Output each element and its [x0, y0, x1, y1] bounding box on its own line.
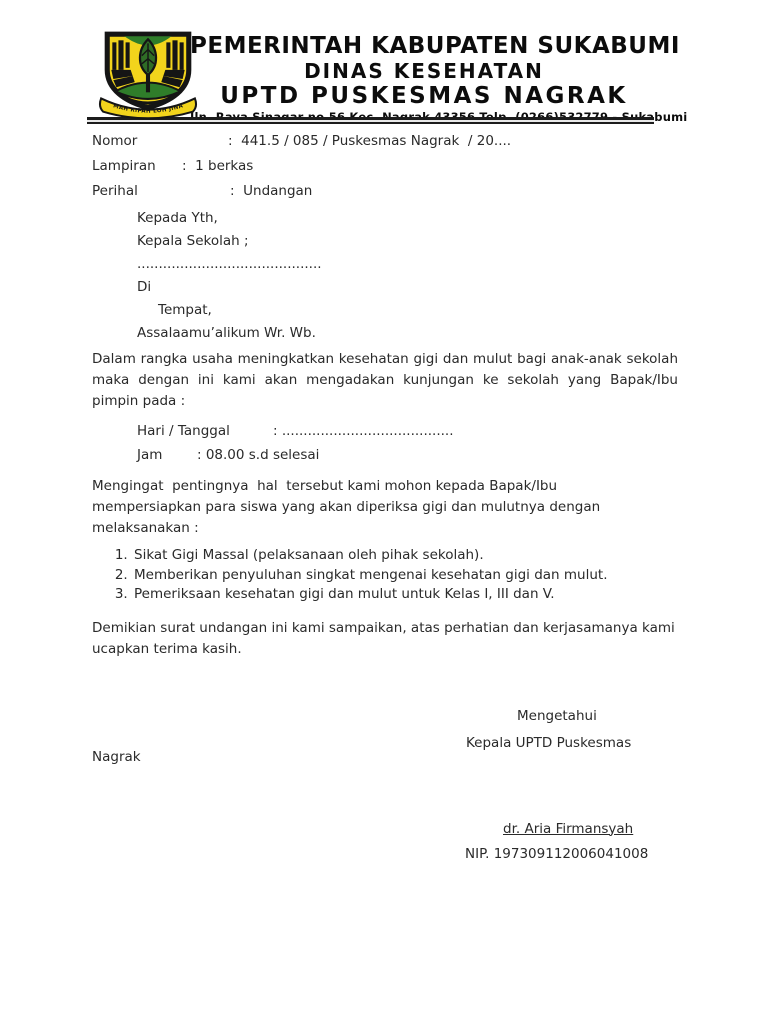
jam-label: Jam: [137, 443, 197, 467]
nomor-label: Nomor: [92, 129, 228, 154]
sukabumi-crest-logo: GEMAH RIPAH LOH JINAWI: [95, 29, 201, 123]
signer-title: Kepala UPTD Puskesmas: [466, 735, 631, 752]
perihal-value: : Undangan: [230, 183, 312, 199]
list-item: Pemeriksaan kesehatan gigi dan mulut unt…: [132, 585, 678, 605]
mengetahui-label: Mengetahui: [517, 708, 597, 725]
paragraph-request: Mengingat pentingnya hal tersebut kami m…: [92, 476, 654, 539]
recipient-block: Kepada Yth, Kepala Sekolah ; ...........…: [137, 207, 678, 345]
schedule-row-jam: Jam: 08.00 s.d selesai: [137, 443, 678, 467]
schedule-block: Hari / Tanggal: ........................…: [137, 419, 678, 467]
signer-nip: NIP. 197309112006041008: [465, 846, 648, 863]
tempat: Tempat,: [158, 299, 678, 322]
meta-row-lampiran: Lampiran: 1 berkas: [92, 154, 678, 179]
signer-name: dr. Aria Firmansyah: [503, 821, 633, 838]
hari-value: : ......................................…: [273, 423, 454, 439]
lampiran-label: Lampiran: [92, 154, 182, 179]
letter-page: GEMAH RIPAH LOH JINAWI PEMERINTAH KABUPA…: [0, 0, 768, 1024]
list-item: Memberikan penyuluhan singkat mengenai k…: [132, 566, 678, 586]
jam-value: : 08.00 s.d selesai: [197, 447, 319, 463]
paragraph-intro: Dalam rangka usaha meningkatkan kesehata…: [92, 349, 678, 412]
letterhead-text: PEMERINTAH KABUPATEN SUKABUMI DINAS KESE…: [190, 33, 658, 124]
paragraph-closing: Demikian surat undangan ini kami sampaik…: [92, 618, 678, 660]
schedule-row-hari: Hari / Tanggal: ........................…: [137, 419, 678, 443]
perihal-label: Perihal: [92, 179, 230, 204]
nomor-value: : 441.5 / 085 / Puskesmas Nagrak / 20...…: [228, 133, 511, 149]
letter-meta: Nomor: 441.5 / 085 / Puskesmas Nagrak / …: [92, 129, 678, 204]
salutation: Assalaamu’alikum Wr. Wb.: [137, 322, 678, 345]
government-title: PEMERINTAH KABUPATEN SUKABUMI: [190, 33, 658, 59]
department-title: DINAS KESEHATAN: [190, 59, 658, 83]
office-title: UPTD PUSKESMAS NAGRAK: [190, 83, 658, 109]
lampiran-value: : 1 berkas: [182, 158, 253, 174]
di: Di: [137, 276, 678, 299]
kepada-yth: Kepada Yth,: [137, 207, 678, 230]
signer-title-wrap: Nagrak: [92, 749, 141, 766]
recipient-dots: ........................................…: [137, 253, 678, 276]
meta-row-nomor: Nomor: 441.5 / 085 / Puskesmas Nagrak / …: [92, 129, 678, 154]
letter-body: Nomor: 441.5 / 085 / Puskesmas Nagrak / …: [92, 129, 678, 878]
meta-row-perihal: Perihal: Undangan: [92, 179, 678, 204]
hari-label: Hari / Tanggal: [137, 419, 273, 443]
kepala-sekolah: Kepala Sekolah ;: [137, 230, 678, 253]
activity-list: Sikat Gigi Massal (pelaksanaan oleh piha…: [92, 546, 678, 605]
list-item: Sikat Gigi Massal (pelaksanaan oleh piha…: [132, 546, 678, 566]
signature-block: Mengetahui Kepala UPTD Puskesmas Nagrak …: [92, 708, 678, 878]
